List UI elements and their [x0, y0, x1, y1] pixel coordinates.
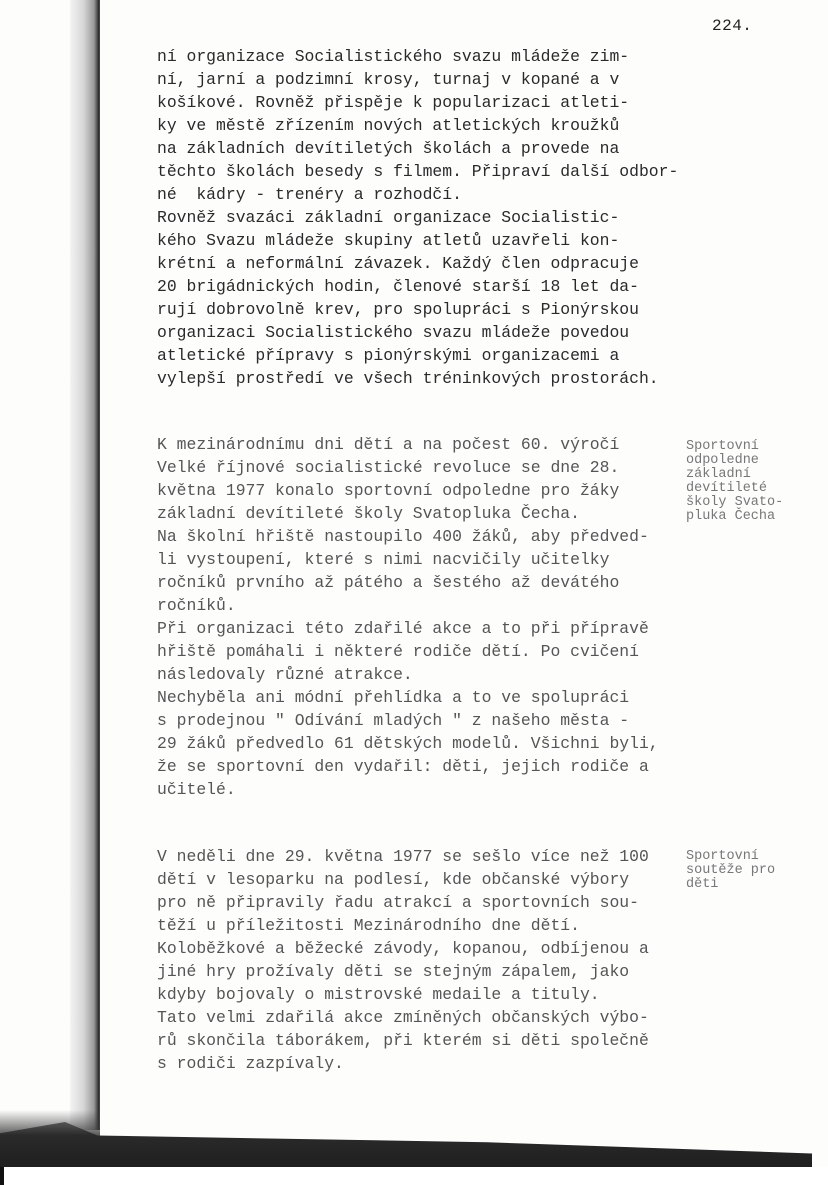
text-line: V neděli dne 29. května 1977 se sešlo ví…	[157, 845, 649, 868]
margin-note-line: děti	[686, 878, 775, 892]
margin-note-line: základní	[686, 468, 783, 482]
text-line: na základních devítiletých školách a pro…	[157, 137, 678, 160]
text-line: organizaci Socialistického svazu mládeže…	[157, 321, 678, 344]
paragraph-continuation: ní organizace Socialistického svazu mlád…	[157, 45, 678, 390]
text-line: s prodejnou " Odívání mladých " z našeho…	[157, 709, 659, 732]
text-line: Velké říjnové socialistické revoluce se …	[157, 456, 659, 479]
paragraph-childrens-competitions: V neděli dne 29. května 1977 se sešlo ví…	[157, 845, 649, 1075]
text-line: vylepší prostředí ve všech tréninkových …	[157, 367, 678, 390]
text-line: pro ně připravily řadu atrakcí a sportov…	[157, 891, 649, 914]
text-line: s rodiči zazpívaly.	[157, 1052, 649, 1075]
margin-note-line: Sportovní	[686, 440, 783, 454]
text-line: li vystoupení, které s nimi nacvičily uč…	[157, 548, 659, 571]
binding-shadow	[70, 0, 100, 1130]
text-line: Na školní hřiště nastoupilo 400 žáků, ab…	[157, 525, 659, 548]
text-line: košíkové. Rovněž přispěje k popularizaci…	[157, 91, 678, 114]
bottom-corner-mark	[0, 1167, 4, 1185]
scanned-page: 224. ní organizace Socialistického svazu…	[0, 0, 828, 1185]
margin-note-line: devítileté	[686, 482, 783, 496]
text-line: základní devítileté školy Svatopluka Čec…	[157, 502, 659, 525]
text-line: ročníků prvního až pátého a šestého až d…	[157, 571, 659, 594]
margin-note-line: odpoledne	[686, 454, 783, 468]
margin-note-sports-afternoon: Sportovníodpolednezákladnídevítiletéškol…	[686, 440, 783, 524]
text-line: Při organizaci této zdařilé akce a to př…	[157, 617, 659, 640]
text-line: těchto školách besedy s filmem. Připraví…	[157, 160, 678, 183]
text-line: ročníků.	[157, 594, 659, 617]
text-line: né kádry - trenéry a rozhodčí.	[157, 183, 678, 206]
margin-note-line: soutěže pro	[686, 864, 775, 878]
text-line: Rovněž svazáci základní organizace Socia…	[157, 206, 678, 229]
text-line: kého Svazu mládeže skupiny atletů uzavře…	[157, 229, 678, 252]
text-line: těží u příležitosti Mezinárodního dne dě…	[157, 914, 649, 937]
text-line: Tato velmi zdařilá akce zmíněných občans…	[157, 1006, 649, 1029]
text-line: ní organizace Socialistického svazu mlád…	[157, 45, 678, 68]
text-line: hřiště pomáhali i některé rodiče dětí. P…	[157, 640, 659, 663]
text-line: učitelé.	[157, 778, 659, 801]
text-line: Koloběžkové a běžecké závody, kopanou, o…	[157, 937, 649, 960]
text-line: rují dobrovolně krev, pro spolupráci s P…	[157, 298, 678, 321]
text-line: Nechyběla ani módní přehlídka a to ve sp…	[157, 686, 659, 709]
text-line: 29 žáků předvedlo 61 dětských modelů. Vš…	[157, 732, 659, 755]
text-line: jiné hry prožívaly děti se stejným zápal…	[157, 960, 649, 983]
text-line: ky ve městě zřízením nových atletických …	[157, 114, 678, 137]
text-line: rů skončila táborákem, při kterém si dět…	[157, 1029, 649, 1052]
margin-note-line: školy Svato-	[686, 496, 783, 510]
text-line: dětí v lesoparku na podlesí, kde občansk…	[157, 868, 649, 891]
margin-note-line: Sportovní	[686, 850, 775, 864]
text-line: kdyby bojovaly o mistrovské medaile a ti…	[157, 983, 649, 1006]
text-line: atletické přípravy s pionýrskými organiz…	[157, 344, 678, 367]
paragraph-sports-afternoon: K mezinárodnímu dni dětí a na počest 60.…	[157, 433, 659, 801]
margin-note-line: pluka Čecha	[686, 510, 783, 524]
text-line: krétní a neformální závazek. Každý člen …	[157, 252, 678, 275]
margin-note-childrens-competitions: Sportovnísoutěže proděti	[686, 850, 775, 892]
text-line: že se sportovní den vydařil: děti, jejic…	[157, 755, 659, 778]
text-line: K mezinárodnímu dni dětí a na počest 60.…	[157, 433, 659, 456]
bottom-scan-shadow	[0, 1122, 812, 1167]
text-line: května 1977 konalo sportovní odpoledne p…	[157, 479, 659, 502]
page-number: 224.	[712, 17, 752, 35]
text-line: ní, jarní a podzimní krosy, turnaj v kop…	[157, 68, 678, 91]
bottom-scan-margin	[0, 1167, 828, 1185]
text-line: následovaly různé atrakce.	[157, 663, 659, 686]
text-line: 20 brigádnických hodin, členové starší 1…	[157, 275, 678, 298]
